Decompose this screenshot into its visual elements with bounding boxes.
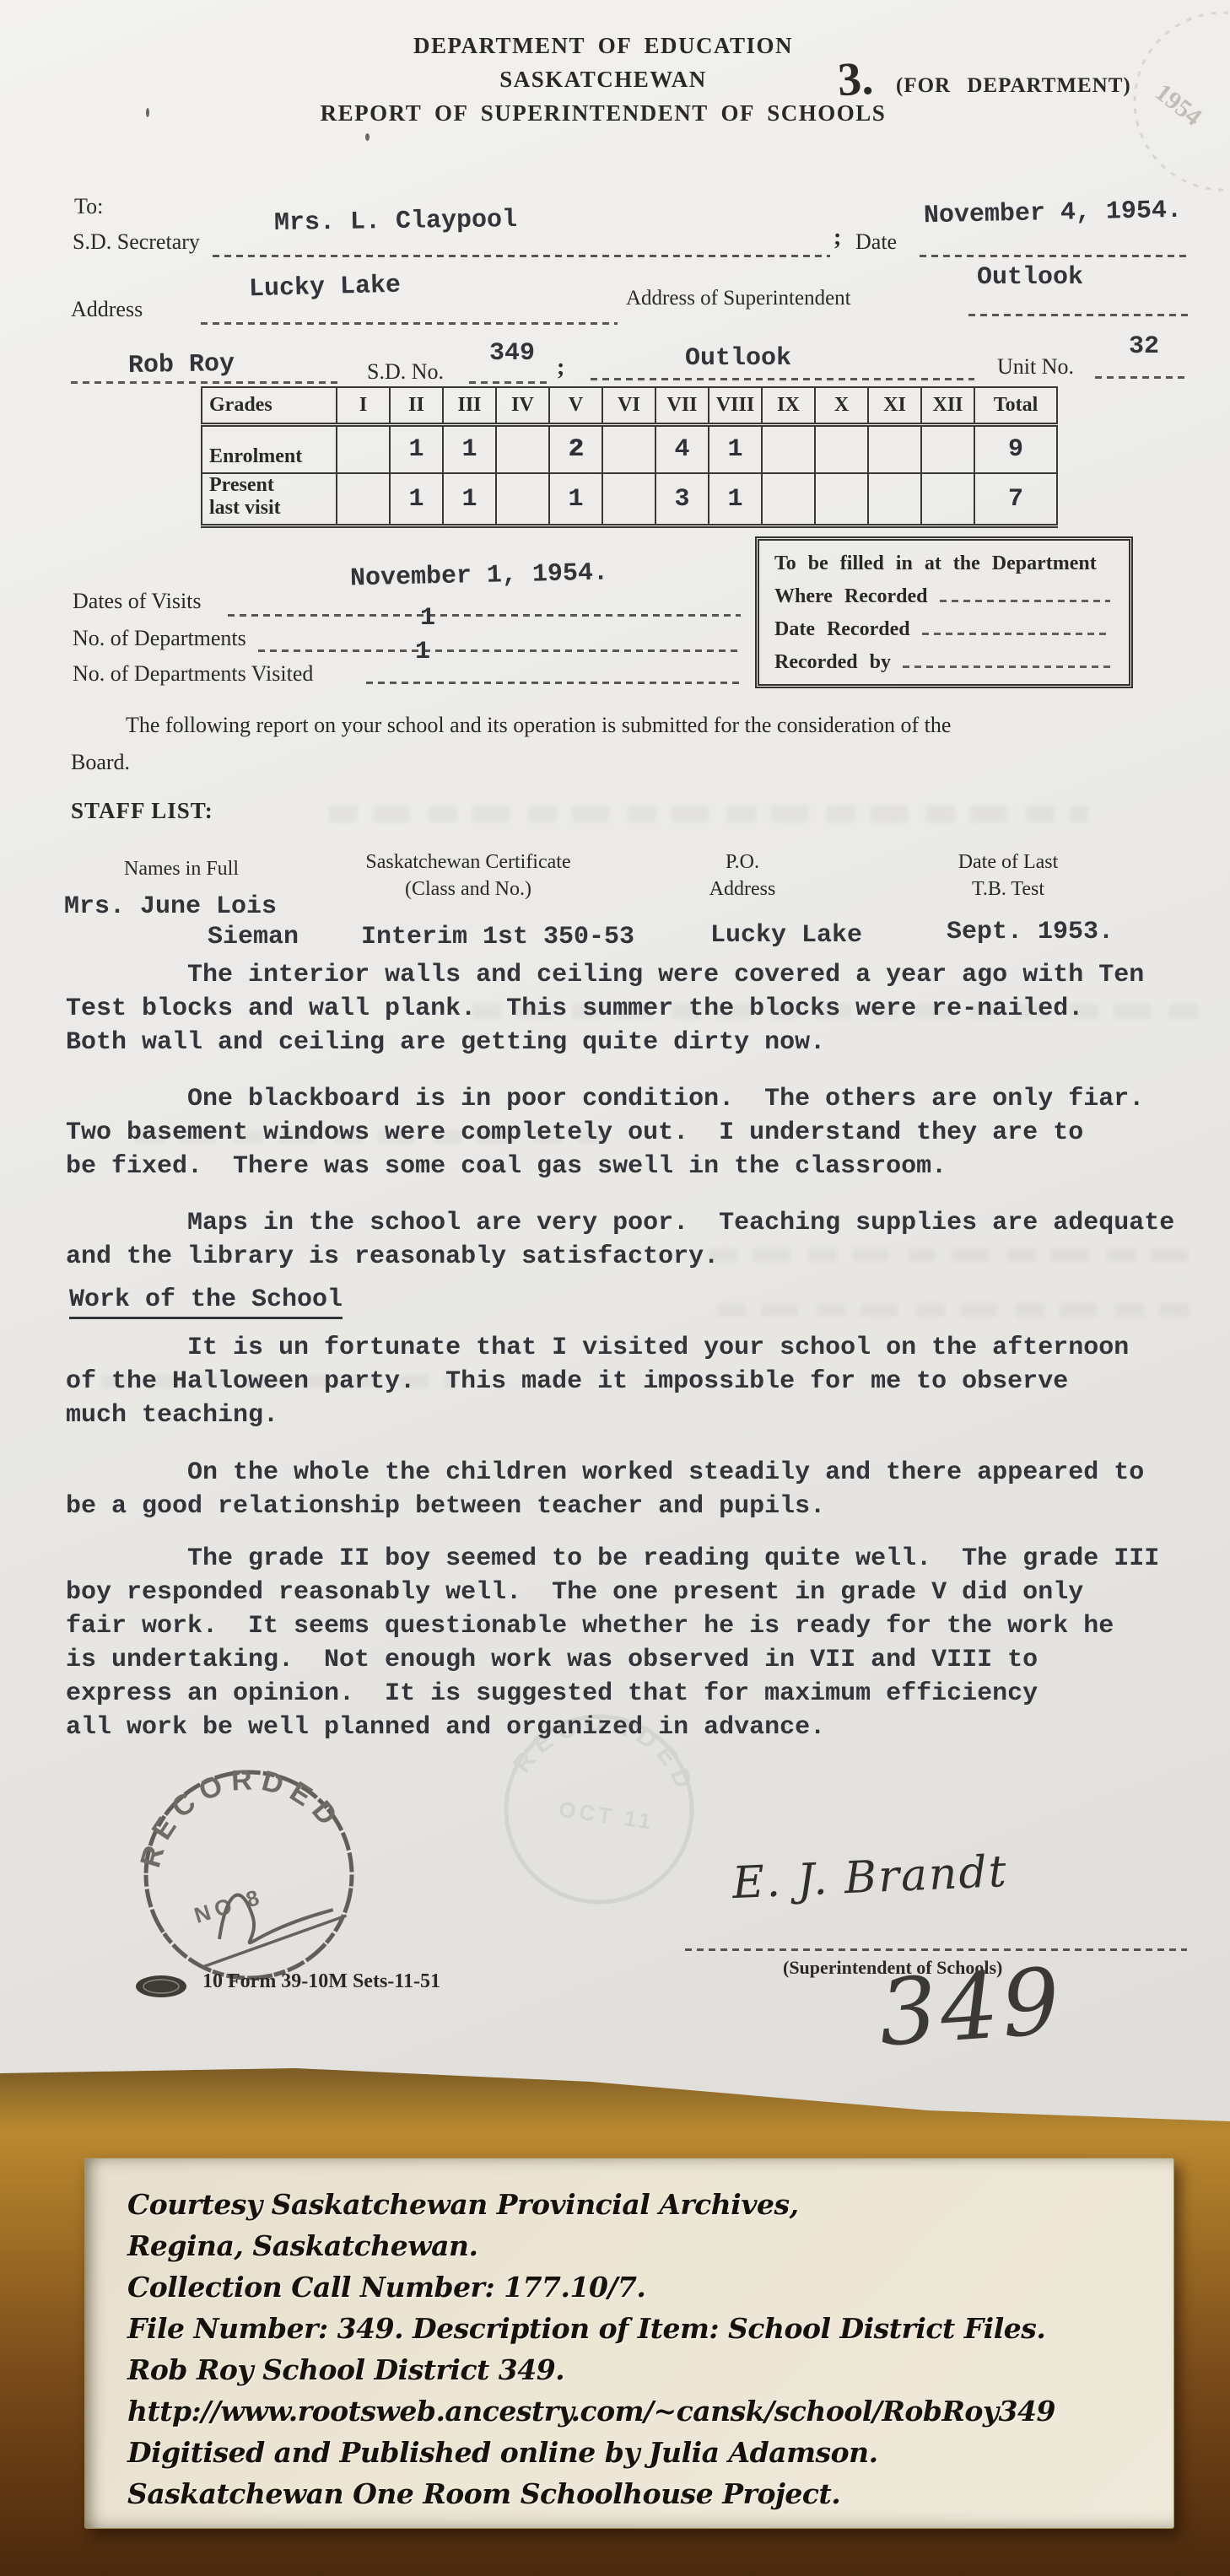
work-of-school-heading: Work of the School bbox=[69, 1285, 343, 1319]
staff-name-line1: Mrs. June Lois bbox=[64, 892, 277, 921]
present-last-visit-label: Present last visit bbox=[202, 473, 337, 526]
ghost-recorded-stamp: RECORDED OCT 11 bbox=[471, 1681, 728, 1938]
staff-certificate-value: Interim 1st 350-53 bbox=[361, 923, 634, 951]
caption-url: http://www.rootsweb.ancestry.com/~cansk/… bbox=[127, 2390, 1143, 2432]
date-recorded-label: Date Recorded bbox=[774, 618, 910, 641]
grades-header-cell: Grades bbox=[202, 387, 337, 424]
handwritten-district-number: 349 bbox=[876, 1949, 1066, 2067]
caption-line-file-number: File Number: 349. Description of Item: S… bbox=[127, 2308, 1143, 2349]
staff-list-title: STAFF LIST: bbox=[71, 798, 213, 824]
po-line bbox=[591, 378, 974, 380]
bleed-through-artifact bbox=[329, 806, 1088, 822]
where-recorded-line bbox=[940, 600, 1110, 602]
dates-of-visits-value: November 1, 1954. bbox=[350, 559, 609, 594]
ghost-stamp-text: RECORDED bbox=[506, 1697, 709, 1802]
sd-no-label: S.D. No. bbox=[367, 359, 444, 385]
sd-secretary-label: S.D. Secretary bbox=[73, 229, 200, 255]
paper-speck bbox=[146, 108, 149, 117]
report-document: 1954 DEPARTMENT OF EDUCATION SASKATCHEWA… bbox=[0, 0, 1230, 2126]
departments-visited-label: No. of Departments Visited bbox=[73, 661, 313, 687]
svg-text:RECORDED: RECORDED bbox=[506, 1697, 709, 1802]
intro-paragraph: The following report on your school and … bbox=[71, 707, 1193, 781]
staff-col-certificate: Saskatchewan Certificate (Class and No.) bbox=[337, 849, 599, 903]
postmark-year: 1954 bbox=[1150, 78, 1207, 132]
staff-col-tb-test: Date of Last T.B. Test bbox=[924, 849, 1092, 903]
caption-text: Courtesy Saskatchewan Provincial Archive… bbox=[85, 2158, 1173, 2514]
unit-no-line bbox=[1095, 376, 1188, 379]
date-recorded-line bbox=[922, 633, 1110, 635]
paragraph-halloween: It is un fortunate that I visited your s… bbox=[66, 1331, 1213, 1432]
date-value: November 4, 1954. bbox=[924, 197, 1183, 230]
form-number-text: 10 Form 39-10M Sets-11-51 bbox=[202, 1970, 440, 1993]
po-value: Outlook bbox=[685, 344, 791, 373]
caption-line-call-number: Collection Call Number: 177.10/7. bbox=[127, 2266, 1143, 2308]
date-label: Date bbox=[855, 229, 897, 255]
unit-no-label: Unit No. bbox=[997, 354, 1074, 380]
staff-tb-value: Sept. 1953. bbox=[947, 918, 1114, 946]
where-recorded-label: Where Recorded bbox=[774, 585, 928, 608]
recorded-stamp-text: RECORDED bbox=[119, 1743, 352, 1877]
header-line-3: REPORT OF SUPERINTENDENT OF SCHOOLS bbox=[211, 96, 995, 130]
department-use-box: To be filled in at the Department Where … bbox=[755, 536, 1133, 688]
no-of-departments-label: No. of Departments bbox=[73, 626, 246, 651]
header-line-2: SASKATCHEWAN bbox=[211, 62, 995, 96]
no-of-departments-value: 1 bbox=[420, 604, 435, 633]
paragraph-walls-ceiling: The interior walls and ceiling were cove… bbox=[66, 958, 1213, 1059]
sd-no-line bbox=[469, 381, 552, 384]
address-line bbox=[201, 322, 618, 325]
dates-of-visits-line bbox=[228, 614, 741, 617]
staff-name-line2: Sieman bbox=[208, 923, 299, 951]
caption-line-digitised: Digitised and Published online by Julia … bbox=[127, 2432, 1143, 2473]
present-last-visit-row: Present last visit 1 1 1 3 1 7 bbox=[202, 473, 1057, 526]
enrolment-row: Enrolment 1 1 2 4 1 9 bbox=[202, 424, 1057, 473]
caption-line-project: Saskatchewan One Room Schoolhouse Projec… bbox=[127, 2473, 1143, 2514]
sd-no-value: 349 bbox=[489, 339, 535, 368]
header-line-1: DEPARTMENT OF EDUCATION bbox=[211, 29, 995, 62]
caption-line-district: Rob Roy School District 349. bbox=[127, 2349, 1143, 2390]
recorded-by-row: Recorded by bbox=[774, 651, 1114, 674]
unit-no-value: 32 bbox=[1129, 332, 1159, 361]
staff-col-names: Names in Full bbox=[97, 855, 266, 882]
supt-address-value: Outlook bbox=[977, 263, 1083, 292]
photo-of-document: { "colors":{"paper":"#edecea","typed_ink… bbox=[0, 0, 1230, 2576]
paper-speck bbox=[365, 133, 370, 141]
paragraph-maps-supplies: Maps in the school are very poor. Teachi… bbox=[66, 1206, 1213, 1274]
supt-address-line bbox=[968, 314, 1190, 316]
supt-address-label: Address of Superintendent bbox=[626, 287, 851, 310]
no-of-departments-line bbox=[258, 649, 741, 652]
address-label: Address bbox=[71, 297, 143, 322]
staff-col-po-address: P.O. Address bbox=[692, 849, 793, 903]
document-header: DEPARTMENT OF EDUCATION SASKATCHEWAN REP… bbox=[211, 29, 995, 130]
date-recorded-row: Date Recorded bbox=[774, 618, 1114, 641]
sd-secretary-line bbox=[213, 255, 830, 257]
signature-line bbox=[685, 1948, 1187, 1951]
dates-of-visits-label: Dates of Visits bbox=[73, 589, 202, 614]
grades-table: Grades I II III IV V VI VII VIII IX X XI… bbox=[201, 386, 1058, 528]
department-number-mark: 3. bbox=[836, 51, 874, 107]
department-box-title: To be filled in at the Department bbox=[774, 552, 1114, 575]
to-label: To: bbox=[74, 194, 103, 219]
ghost-stamp-date: OCT 11 bbox=[558, 1797, 656, 1835]
archive-caption-plaque: Courtesy Saskatchewan Provincial Archive… bbox=[84, 2158, 1174, 2529]
semicolon-2: ; bbox=[557, 354, 564, 381]
departments-visited-line bbox=[366, 682, 741, 684]
paragraph-children-worked: On the whole the children worked steadil… bbox=[66, 1456, 1213, 1523]
enrolment-label: Enrolment bbox=[202, 424, 337, 473]
date-line bbox=[920, 255, 1190, 257]
grades-header-row: Grades I II III IV V VI VII VIII IX X XI… bbox=[202, 387, 1057, 424]
where-recorded-row: Where Recorded bbox=[774, 585, 1114, 608]
recorded-by-label: Recorded by bbox=[774, 651, 891, 674]
sd-secretary-value: Mrs. L. Claypool bbox=[274, 206, 517, 238]
union-label-icon bbox=[133, 1972, 189, 2001]
signature: E. J. Brandt bbox=[731, 1846, 1009, 1909]
recorded-by-line bbox=[903, 666, 1110, 668]
bleed-through-artifact bbox=[717, 1303, 1190, 1317]
district-name-value: Rob Roy bbox=[128, 350, 235, 380]
semicolon: ; bbox=[833, 224, 841, 251]
staff-po-value: Lucky Lake bbox=[710, 921, 862, 950]
paragraph-blackboard: One blackboard is in poor condition. The… bbox=[66, 1082, 1213, 1183]
departments-visited-value: 1 bbox=[415, 638, 430, 666]
for-department-label: (FOR DEPARTMENT) bbox=[896, 74, 1131, 98]
caption-line-city: Regina, Saskatchewan. bbox=[127, 2225, 1143, 2266]
caption-line-courtesy: Courtesy Saskatchewan Provincial Archive… bbox=[127, 2184, 1143, 2225]
postmark-stamp: 1954 bbox=[1084, 0, 1230, 228]
svg-text:RECORDED: RECORDED bbox=[119, 1743, 352, 1877]
address-value: Lucky Lake bbox=[249, 272, 402, 304]
district-name-line bbox=[71, 381, 343, 384]
